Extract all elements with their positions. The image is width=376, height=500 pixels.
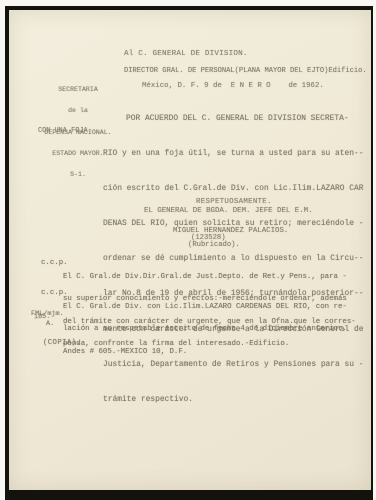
ccp-line: El C. Gral.de Div. con Lic.Ilim.LAZARO C… bbox=[63, 304, 347, 311]
file-letter: A. bbox=[46, 320, 54, 328]
enclosure-note: CON UNA FOJA. bbox=[38, 127, 92, 135]
ccp-line: El C. Gral.de Div.Dir.Gral.de Just.Depto… bbox=[63, 274, 356, 281]
body-paragraph: POR ACUERDO DEL C. GENERAL DE DIVISION S… bbox=[103, 90, 375, 418]
ccp-line: Andes # 605.-MEXICO 10, D.F. bbox=[63, 349, 347, 356]
signer-title: EL GENERAL DE BGDA. DEM. JEFE DEL E.M. bbox=[144, 207, 313, 215]
addressee-line-2: DIRECTOR GRAL. DE PERSONAL(PLANA MAYOR D… bbox=[124, 67, 367, 75]
copy-note: (COPIA). bbox=[43, 339, 81, 347]
salutation: RESPETUOSAMENTE. bbox=[196, 198, 272, 206]
addressee-line-1: Al C. GENERAL DE DIVISION. bbox=[124, 50, 248, 58]
body-line: ción escrito del C.Gral.de Div. con Lic.… bbox=[103, 183, 375, 195]
body-line: POR ACUERDO DEL C. GENERAL DE DIVISION S… bbox=[103, 113, 375, 125]
ccp-line: lación a su respetable escrito de fecha … bbox=[63, 326, 347, 333]
ccp-block-2: El C. Gral.de Div. con Lic.Ilim.LAZARO C… bbox=[63, 289, 347, 364]
rubric-note: (Rubricado). bbox=[188, 241, 240, 249]
body-line: RIO y en una foja útil, se turna a usted… bbox=[103, 148, 375, 160]
photographed-document: { "colors": { "paper": "#efe9d6", "ink":… bbox=[0, 0, 376, 500]
body-line: trámite respectivo. bbox=[103, 394, 375, 406]
